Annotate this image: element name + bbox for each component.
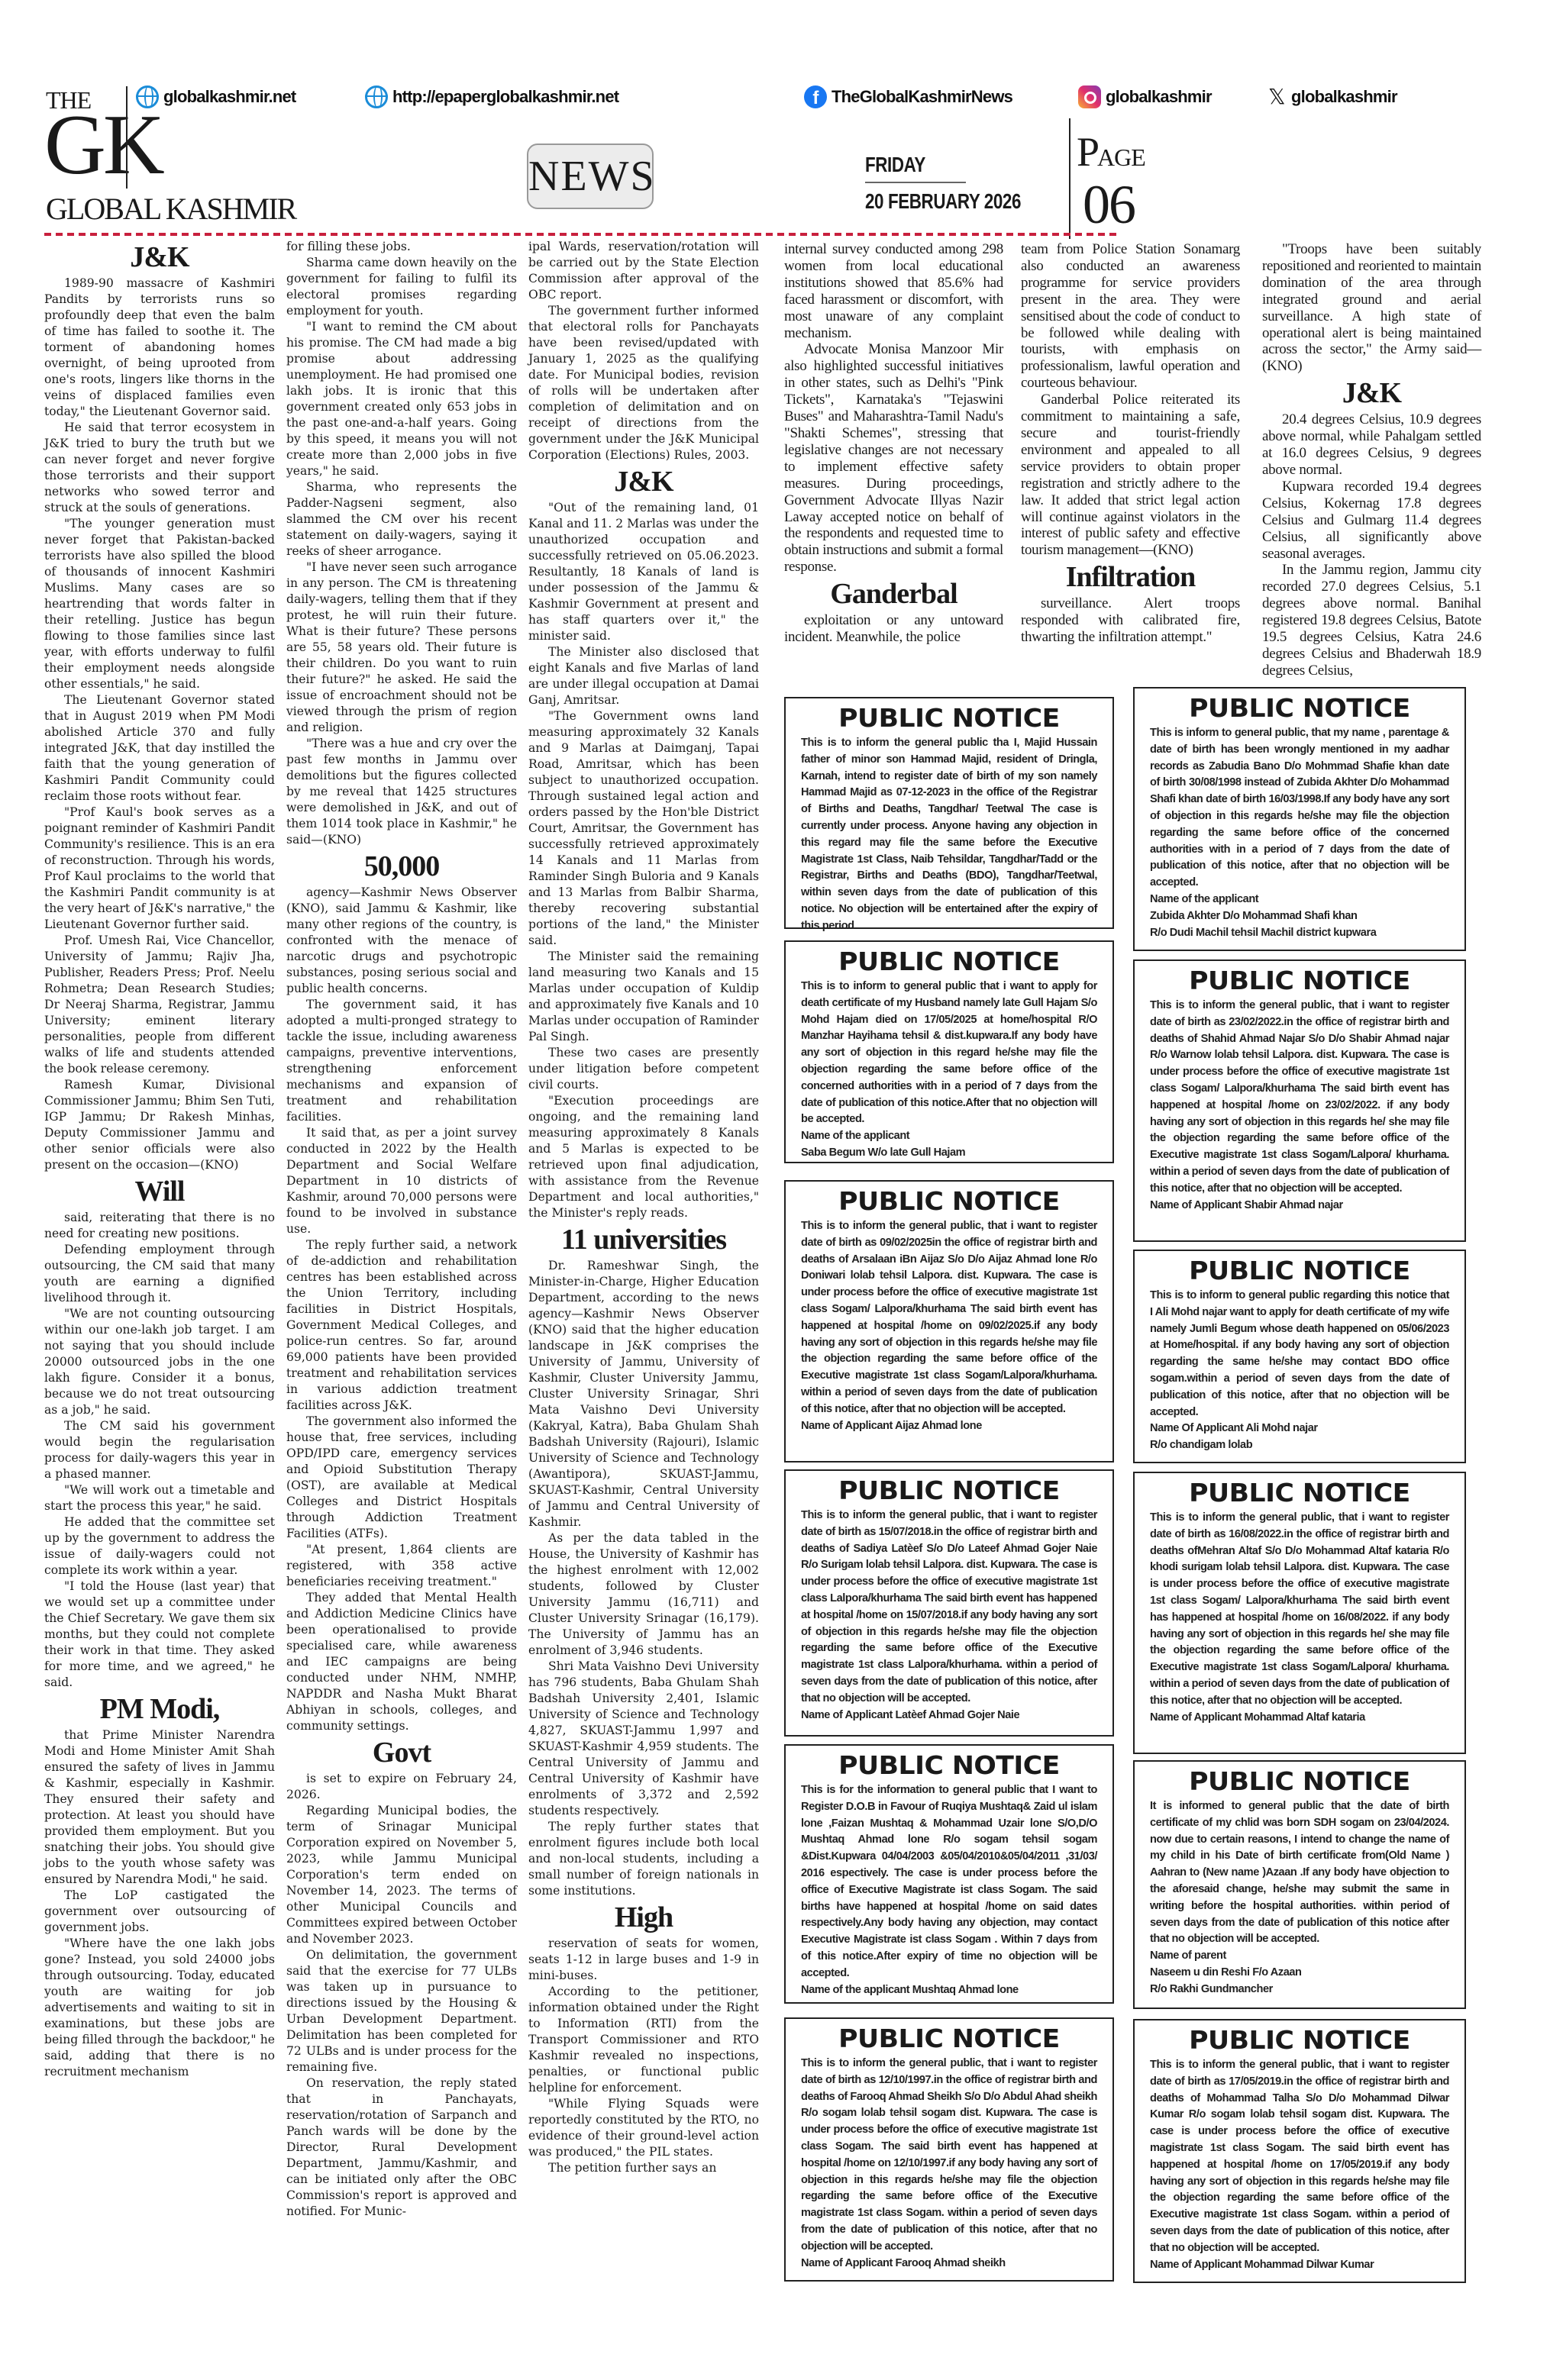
notice-title: PUBLIC NOTICE	[1142, 967, 1457, 995]
page-divider	[1069, 118, 1070, 239]
masthead-dashed-rule	[44, 233, 1119, 236]
public-notice: PUBLIC NOTICE This is for the informatio…	[784, 1744, 1114, 2004]
paragraph: "Prof Kaul's book serves as a poignant r…	[44, 805, 275, 933]
instagram-link[interactable]: globalkashmir	[1078, 85, 1212, 108]
public-notice: PUBLIC NOTICE This is to inform the gene…	[784, 1469, 1114, 1737]
facebook-icon: f	[804, 85, 827, 108]
public-notice: PUBLIC NOTICE This is to inform to gener…	[1133, 1250, 1466, 1463]
public-notice: PUBLIC NOTICE This is to inform the gene…	[784, 697, 1114, 929]
paragraph: "I have never seen such arrogance in any…	[286, 560, 517, 736]
paragraph: said, reiterating that there is no need …	[44, 1210, 275, 1242]
facebook-label: TheGlobalKashmirNews	[832, 87, 1012, 107]
notice-title: PUBLIC NOTICE	[793, 948, 1104, 976]
paragraph: 1989-90 massacre of Kashmiri Pandits by …	[44, 276, 275, 420]
logo-divider	[126, 86, 128, 189]
notice-applicant: Name of Applicant Mohammad Altaf kataria	[1150, 1710, 1449, 1727]
paragraph: Dr. Rameshwar Singh, the Minister-in-Cha…	[528, 1258, 759, 1530]
headline-jk: J&K	[44, 240, 275, 274]
notice-title: PUBLIC NOTICE	[1142, 695, 1457, 722]
notice-title: PUBLIC NOTICE	[793, 1477, 1104, 1504]
paragraph: They added that Mental Health and Addict…	[286, 1590, 517, 1734]
paragraph: On reservation, the reply stated that in…	[286, 2075, 517, 2220]
paragraph: Kupwara recorded 19.4 degrees Celsius, K…	[1262, 479, 1481, 563]
instagram-icon	[1078, 85, 1101, 108]
public-notice: PUBLIC NOTICE It is informed to general …	[1133, 1760, 1466, 2009]
paragraph: In the Jammu region, Jammu city recorded…	[1262, 562, 1481, 679]
headline-jk-land: J&K	[528, 465, 759, 498]
paragraph: "At present, 1,864 clients are registere…	[286, 1542, 517, 1590]
paragraph: He said that terror ecosystem in J&K tri…	[44, 420, 275, 516]
paragraph: The government said, it has adopted a mu…	[286, 997, 517, 1125]
headline-pm-modi: PM Modi,	[44, 1692, 275, 1726]
paragraph: The Lieutenant Governor stated that in A…	[44, 692, 275, 805]
paragraph: The Minister also disclosed that eight K…	[528, 644, 759, 708]
headline-will: Will	[44, 1175, 275, 1208]
notice-body: This is to inform the general public, th…	[801, 1508, 1097, 1708]
article-column-2: for filling these jobs. Sharma came down…	[286, 239, 517, 2220]
notice-applicant: Zubida Akhter D/o Mohammad Shafi khan	[1150, 908, 1449, 925]
x-icon: 𝕏	[1268, 85, 1287, 108]
paragraph: The CM said his government would begin t…	[44, 1418, 275, 1482]
paragraph: "I told the House (last year) that we wo…	[44, 1579, 275, 1691]
globe-icon	[365, 85, 388, 108]
paragraph: It said that, as per a joint survey cond…	[286, 1125, 517, 1237]
paragraph: internal survey conducted among 298 wome…	[784, 241, 1003, 341]
headline-50000: 50,000	[286, 850, 517, 883]
paragraph: "We are not counting outsourcing within …	[44, 1306, 275, 1418]
paragraph: He added that the committee set up by th…	[44, 1514, 275, 1579]
epaper-label: http://epaperglobalkashmir.net	[392, 87, 618, 107]
page-label-initial: P	[1077, 129, 1097, 175]
paragraph: that Prime Minister Narendra Modi and Ho…	[44, 1727, 275, 1888]
issue-day: FRIDAY	[865, 153, 1021, 177]
headline-infiltration: Infiltration	[1021, 560, 1240, 594]
article-column-6: "Troops have been suitably repositioned …	[1262, 241, 1481, 679]
headline-jk-weather: J&K	[1262, 376, 1481, 410]
epaper-link[interactable]: http://epaperglobalkashmir.net	[365, 85, 618, 108]
paragraph: exploitation or any untoward incident. M…	[784, 612, 1003, 646]
notice-title: PUBLIC NOTICE	[1142, 1257, 1457, 1285]
paragraph: The petition further says an	[528, 2160, 759, 2176]
notice-body: This is to inform the general public, th…	[1150, 998, 1449, 1198]
website-link[interactable]: globalkashmir.net	[136, 85, 295, 108]
paragraph: is set to expire on February 24, 2026.	[286, 1771, 517, 1803]
notice-applicant: Name of Applicant Farooq Ahmad sheikh	[801, 2256, 1097, 2272]
paragraph: As per the data tabled in the House, the…	[528, 1530, 759, 1659]
notice-applicant: R/o Rakhi Gundmancher	[1150, 1982, 1449, 1998]
public-notice: PUBLIC NOTICE This is to inform the gene…	[784, 2017, 1114, 2282]
notice-applicant: Name of parent	[1150, 1948, 1449, 1965]
website-label: globalkashmir.net	[163, 87, 295, 107]
notice-applicant: Name of Applicant Mohammad Dilwar Kumar	[1150, 2257, 1449, 2274]
paragraph: Ganderbal Police reiterated its commitme…	[1021, 392, 1240, 559]
section-badge: NEWS	[527, 144, 654, 209]
instagram-label: globalkashmir	[1106, 87, 1212, 107]
notice-applicant: Name of the applicant	[801, 1128, 1097, 1145]
paragraph: The government also informed the house t…	[286, 1414, 517, 1542]
notice-applicant: Name of Applicant Aijaz Ahmad lone	[801, 1418, 1097, 1435]
article-column-3: ipal Wards, reservation/rotation will be…	[528, 239, 759, 2176]
paragraph: Ramesh Kumar, Divisional Commissioner Ja…	[44, 1077, 275, 1173]
notice-applicant: Name of Applicant Latèef Ahmad Gojer Nai…	[801, 1708, 1097, 1724]
paragraph: The Minister said the remaining land mea…	[528, 949, 759, 1045]
article-column-1: J&K 1989-90 massacre of Kashmiri Pandits…	[44, 239, 275, 2080]
notice-title: PUBLIC NOTICE	[793, 705, 1104, 732]
masthead: THE GK GLOBAL KASHMIR globalkashmir.net …	[0, 0, 1550, 238]
paragraph: According to the petitioner, information…	[528, 1984, 759, 2096]
article-column-4: internal survey conducted among 298 wome…	[784, 241, 1003, 646]
headline-govt: Govt	[286, 1736, 517, 1769]
date-divider	[865, 182, 966, 183]
public-notice: PUBLIC NOTICE This is inform to general …	[1133, 687, 1466, 951]
paragraph: agency—Kashmir News Observer (KNO), said…	[286, 885, 517, 997]
public-notice: PUBLIC NOTICE This is to inform the gene…	[784, 1180, 1114, 1463]
paragraph: ipal Wards, reservation/rotation will be…	[528, 239, 759, 303]
facebook-link[interactable]: f TheGlobalKashmirNews	[804, 85, 1012, 108]
notice-body: This is to inform to general public rega…	[1150, 1288, 1449, 1421]
paragraph: surveillance. Alert troops responded wit…	[1021, 595, 1240, 646]
social-links: globalkashmir.net http://epaperglobalkas…	[136, 85, 1373, 116]
paragraph: On delimitation, the government said tha…	[286, 1947, 517, 2075]
paragraph: The reply further said, a network of de-…	[286, 1237, 517, 1414]
paragraph: Advocate Monisa Manzoor Mir also highlig…	[784, 341, 1003, 576]
notice-applicant: Name Of Applicant Ali Mohd najar	[1150, 1421, 1449, 1437]
notice-body: This is to inform to general public that…	[801, 979, 1097, 1128]
paragraph: Regarding Municipal bodies, the term of …	[286, 1803, 517, 1947]
paragraph: These two cases are presently under liti…	[528, 1045, 759, 1093]
notice-body: This is to inform the general public, th…	[1150, 1510, 1449, 1710]
paragraph: Sharma came down heavily on the governme…	[286, 255, 517, 319]
paragraph: The government further informed that ele…	[528, 303, 759, 463]
headline-ganderbal: Ganderbal	[784, 577, 1003, 611]
globe-icon	[136, 85, 159, 108]
notice-title: PUBLIC NOTICE	[1142, 2027, 1457, 2054]
paragraph: The reply further states that enrolment …	[528, 1819, 759, 1899]
public-notice: PUBLIC NOTICE This is to inform to gener…	[784, 940, 1114, 1163]
notice-title: PUBLIC NOTICE	[1142, 1479, 1457, 1507]
notice-body: This is to inform the general public, th…	[1150, 2057, 1449, 2257]
notice-applicant: R/o Dudi Machil tehsil Machil district k…	[1150, 925, 1449, 942]
x-label: globalkashmir	[1291, 87, 1397, 107]
paragraph: for filling these jobs.	[286, 239, 517, 255]
page-label-rest: AGE	[1097, 144, 1145, 171]
notice-applicant: Saba Begum W/o late Gull Hajam	[801, 1145, 1097, 1162]
issue-full-date: 20 FEBRUARY 2026	[865, 189, 1021, 214]
paragraph: Prof. Umesh Rai, Vice Chancellor, Univer…	[44, 933, 275, 1077]
paragraph: "Out of the remaining land, 01 Kanal and…	[528, 500, 759, 644]
issue-date: FRIDAY 20 FEBRUARY 2026	[865, 153, 1060, 214]
notice-applicant: Name of Applicant Shabir Ahmad najar	[1150, 1198, 1449, 1214]
headline-11-universities: 11 universities	[528, 1223, 759, 1256]
notice-body: It is informed to general public that th…	[1150, 1798, 1449, 1948]
public-notice: PUBLIC NOTICE This is to inform the gene…	[1133, 959, 1466, 1242]
paragraph: The LoP castigated the government over o…	[44, 1888, 275, 1936]
paragraph: "The Government owns land measuring appr…	[528, 708, 759, 949]
paragraph: "The younger generation must never forge…	[44, 516, 275, 692]
article-column-5: team from Police Station Sonamarg also c…	[1021, 241, 1240, 646]
notice-applicant: R/o chandigam lolab	[1150, 1437, 1449, 1454]
paragraph: Shri Mata Vaishno Devi University has 79…	[528, 1659, 759, 1819]
paragraph: "While Flying Squads were reportedly con…	[528, 2096, 759, 2160]
paragraph: "Troops have been suitably repositioned …	[1262, 241, 1481, 375]
notice-title: PUBLIC NOTICE	[793, 1188, 1104, 1215]
notice-title: PUBLIC NOTICE	[793, 1752, 1104, 1779]
notice-body: This is to inform the general public, th…	[801, 2056, 1097, 2256]
paragraph: 20.4 degrees Celsius, 10.9 degrees above…	[1262, 411, 1481, 479]
notice-title: PUBLIC NOTICE	[1142, 1768, 1457, 1795]
public-notice: PUBLIC NOTICE This is to inform the gene…	[1133, 2019, 1466, 2283]
public-notice: PUBLIC NOTICE This is to inform the gene…	[1133, 1472, 1466, 1754]
notice-title: PUBLIC NOTICE	[793, 2025, 1104, 2053]
paragraph: Defending employment through outsourcing…	[44, 1242, 275, 1306]
notice-applicant: Name of the applicant Mushtaq Ahmad lone	[801, 1982, 1097, 1999]
paragraph: "Execution proceedings are ongoing, and …	[528, 1093, 759, 1221]
notice-body: This is inform to general public, that m…	[1150, 725, 1449, 892]
paragraph: reservation of seats for women, seats 1-…	[528, 1936, 759, 1984]
logo-name: GLOBAL KASHMIR	[46, 194, 295, 224]
notice-body: This is to inform the general public tha…	[801, 735, 1097, 935]
paragraph: "I want to remind the CM about his promi…	[286, 319, 517, 479]
notice-applicant: Naseem u din Reshi F/o Azaan	[1150, 1965, 1449, 1982]
page-number: 06	[1083, 177, 1135, 232]
notice-body: This is for the information to general p…	[801, 1782, 1097, 1982]
paragraph: Sharma, who represents the Padder-Nagsen…	[286, 479, 517, 560]
paragraph: "Where have the one lakh jobs gone? Inst…	[44, 1936, 275, 2080]
headline-high: High	[528, 1901, 759, 1934]
x-link[interactable]: 𝕏 globalkashmir	[1268, 85, 1397, 108]
notice-applicant: Name of the applicant	[1150, 892, 1449, 908]
paragraph: "We will work out a timetable and start …	[44, 1482, 275, 1514]
paragraph: team from Police Station Sonamarg also c…	[1021, 241, 1240, 392]
paragraph: "There was a hue and cry over the past f…	[286, 736, 517, 848]
notice-body: This is to inform the general public, th…	[801, 1218, 1097, 1418]
page-label: PAGE	[1077, 131, 1145, 173]
